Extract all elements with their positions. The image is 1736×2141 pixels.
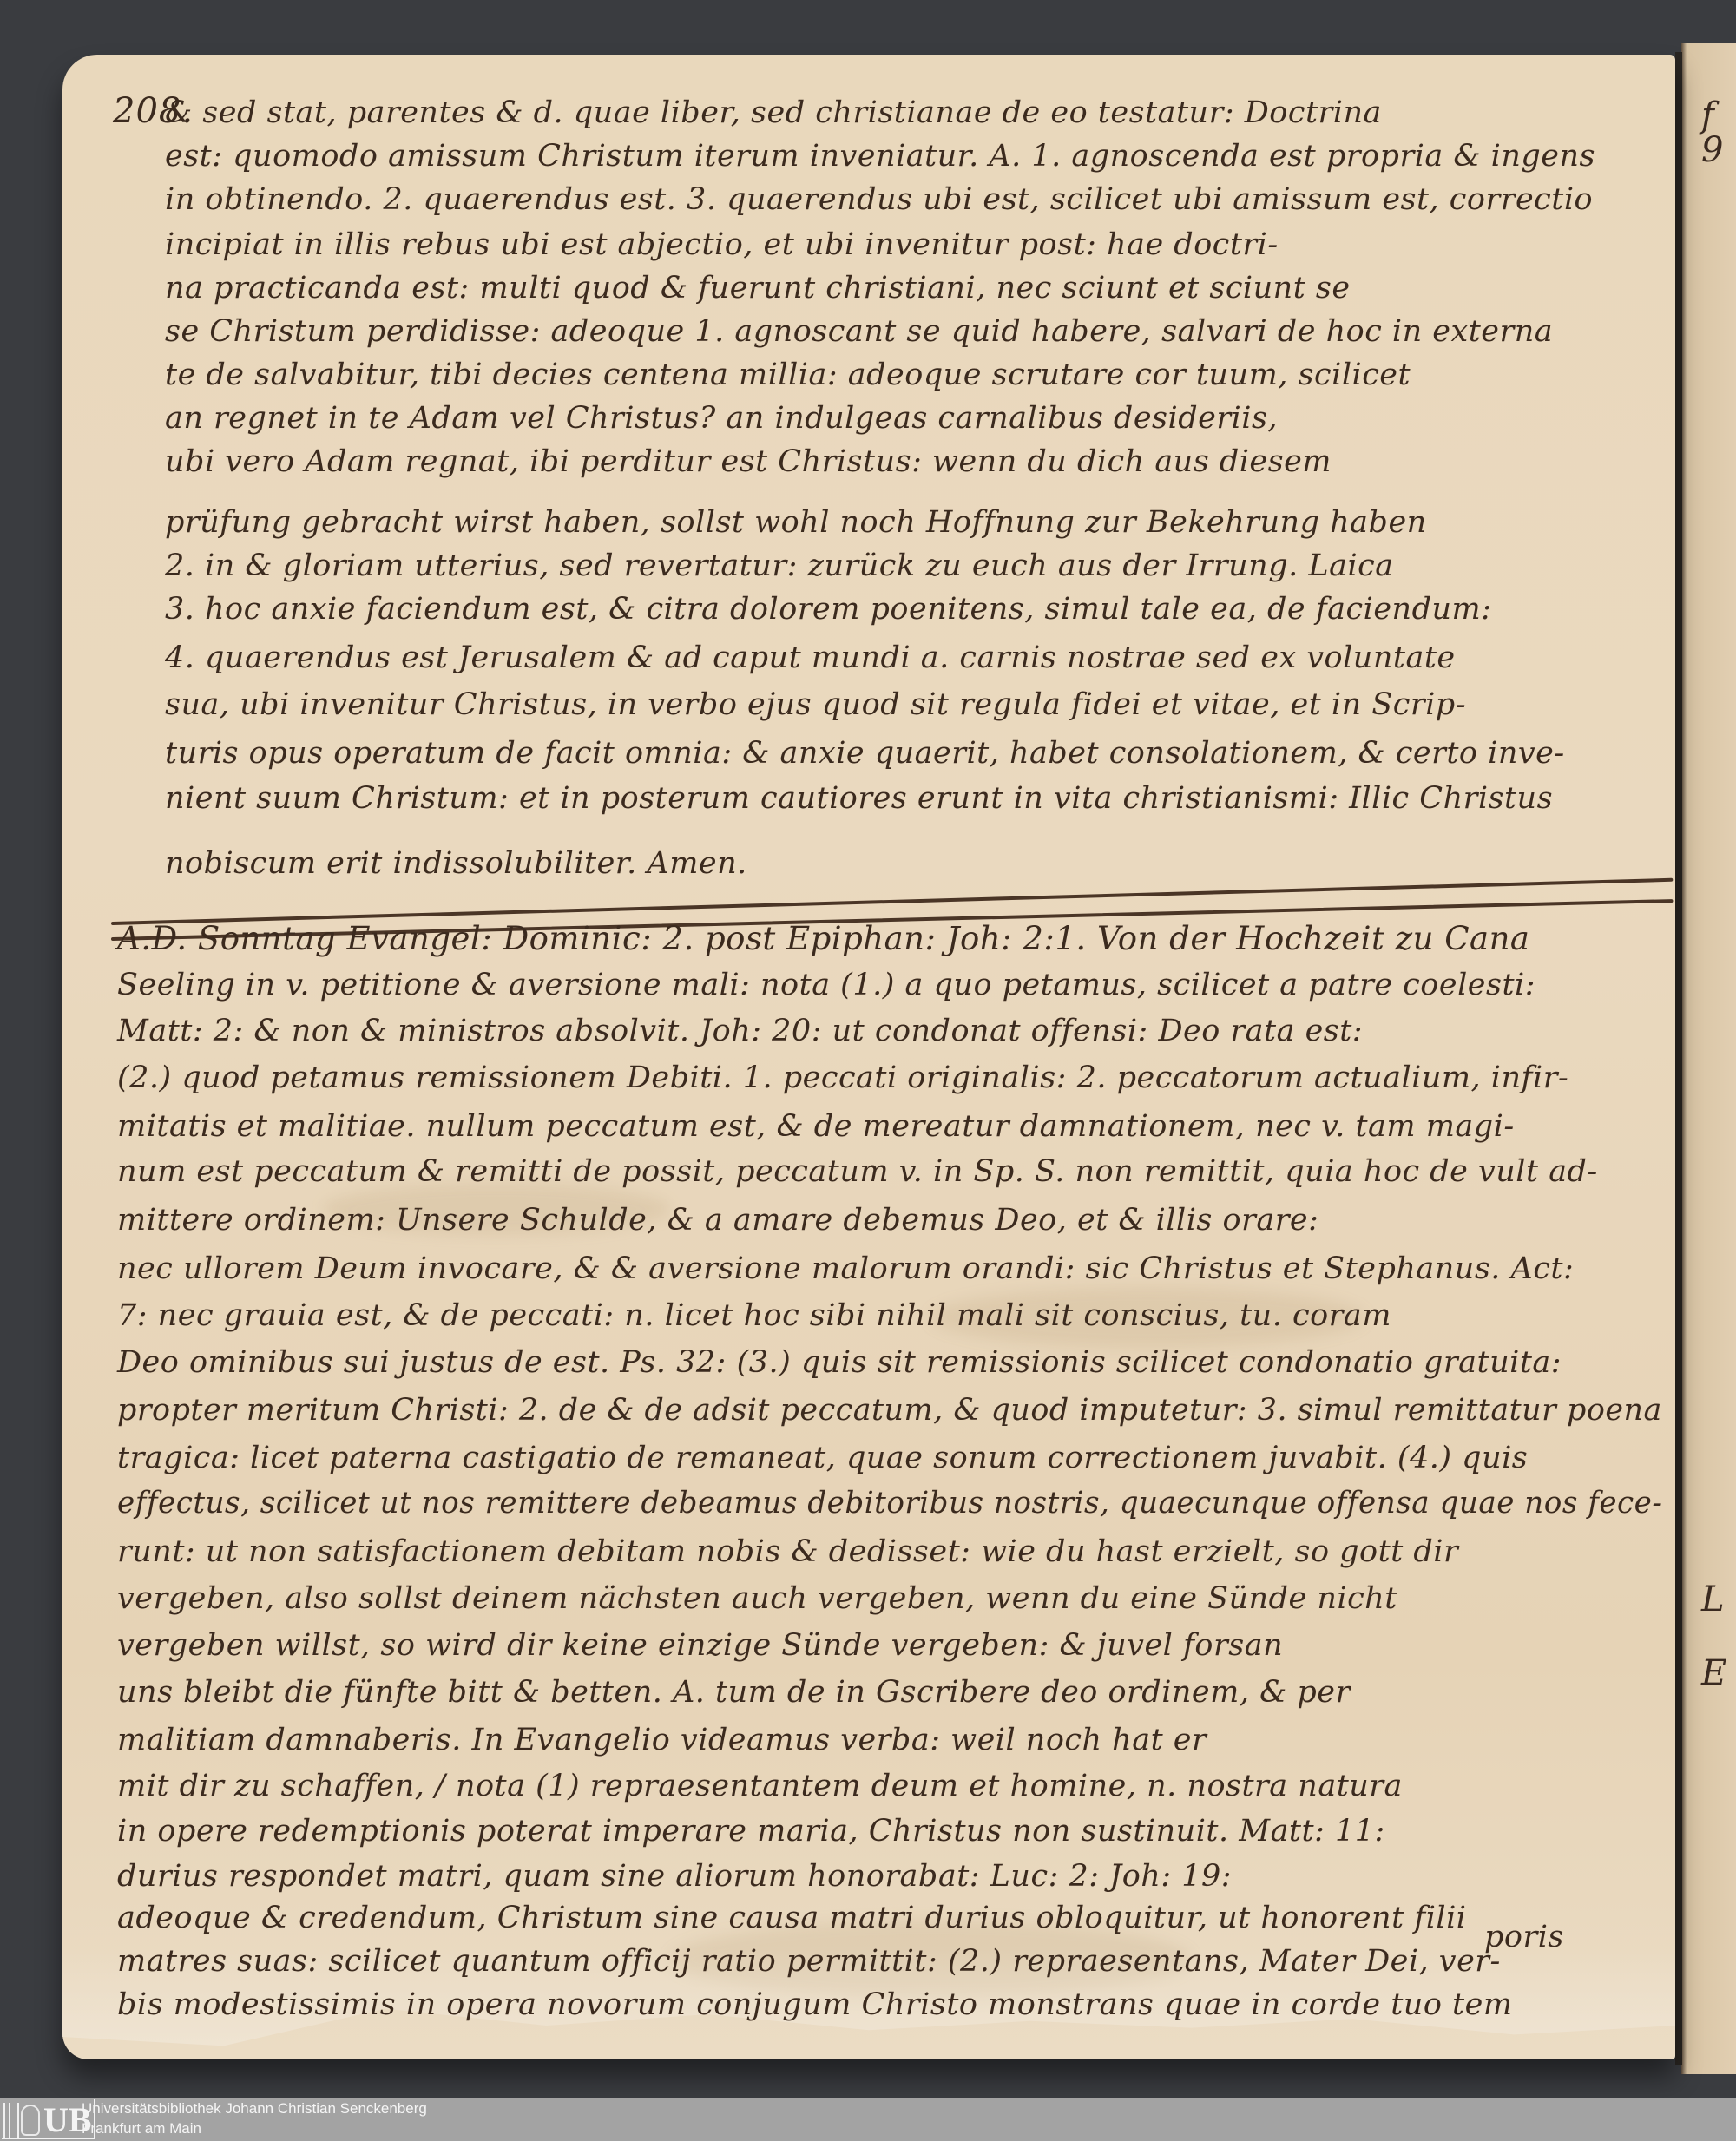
text-line: num est peccatum & remitti de possit, pe… <box>117 1154 1598 1189</box>
text-line: vergeben, also sollst deinem nächsten au… <box>117 1581 1397 1616</box>
text-line: effectus, scilicet ut nos remittere debe… <box>117 1486 1662 1520</box>
text-line: durius respondet matri, quam sine alioru… <box>117 1859 1232 1894</box>
text-line: 4. quaerendus est Jerusalem & ad caput m… <box>165 640 1456 675</box>
facing-page-glyph: L <box>1701 1579 1725 1619</box>
logo-portrait-icon <box>21 2105 40 2136</box>
text-line: bis modestissimis in opera novorum conju… <box>117 1987 1513 2022</box>
text-line: in opere redemptionis poterat imperare m… <box>117 1814 1385 1849</box>
text-line: turis opus operatum de facit omnia: & an… <box>165 736 1565 771</box>
text-line: an regnet in te Adam vel Christus? an in… <box>165 401 1278 436</box>
text-line: propter meritum Christi: 2. de & de adsi… <box>117 1393 1662 1428</box>
library-footer: UB Universitätsbibliothek Johann Christi… <box>0 2098 1736 2141</box>
text-line: & sed stat, parentes & d. quae liber, se… <box>165 95 1382 130</box>
text-line: vergeben willst, so wird dir keine einzi… <box>117 1628 1283 1663</box>
text-line: nec ullorem Deum invocare, & & aversione… <box>117 1251 1574 1286</box>
text-line: mitatis et malitiae. nullum peccatum est… <box>117 1109 1515 1144</box>
text-line: incipiat in illis rebus ubi est abjectio… <box>165 227 1279 262</box>
facing-page-glyph: 9 <box>1701 130 1723 170</box>
institution-name: Universitätsbibliothek Johann Christian … <box>82 2099 427 2118</box>
text-line: nient suum Christum: et in posterum caut… <box>165 781 1553 816</box>
section-heading: A.D. Sonntag Evangel: Dominic: 2. post E… <box>117 922 1529 956</box>
text-line: malitiam damnaberis. In Evangelio videam… <box>117 1723 1207 1757</box>
text-line: 3. hoc anxie faciendum est, & citra dolo… <box>165 592 1492 627</box>
text-line: sua, ubi invenitur Christus, in verbo ej… <box>165 687 1466 722</box>
text-line: se Christum perdidisse: adeoque 1. agnos… <box>165 314 1553 349</box>
text-line: Matt: 2: & non & ministros absolvit. Joh… <box>117 1014 1363 1048</box>
text-line: na practicanda est: multi quod & fuerunt… <box>165 271 1351 305</box>
text-line: 2. in & gloriam utterius, sed revertatur… <box>165 548 1394 583</box>
facing-page-edge <box>1681 43 1736 2074</box>
text-line: in obtinendo. 2. quaerendus est. 3. quae… <box>165 182 1593 217</box>
text-line: Seeling in v. petitione & aversione mali… <box>117 968 1535 1002</box>
page-gutter <box>1675 52 1682 2065</box>
text-line: 7: nec grauia est, & de peccati: n. lice… <box>117 1298 1391 1333</box>
text-line: mittere ordinem: Unsere Schulde, & a ama… <box>117 1203 1318 1238</box>
text-line: est: quomodo amissum Christum iterum inv… <box>165 139 1595 174</box>
text-line: (2.) quod petamus remissionem Debiti. 1.… <box>117 1061 1568 1095</box>
text-line: Deo ominibus sui justus de est. Ps. 32: … <box>117 1345 1562 1380</box>
facing-page-glyph: E <box>1701 1653 1726 1693</box>
text-line: uns bleibt die fünfte bitt & betten. A. … <box>117 1675 1351 1710</box>
text-line: ubi vero Adam regnat, ibi perditur est C… <box>165 444 1332 479</box>
manuscript-page <box>62 55 1675 2059</box>
text-line: mit dir zu schaffen, / nota (1) repraese… <box>117 1769 1403 1803</box>
logo-pages-icon <box>3 2103 19 2138</box>
text-line: nobiscum erit indissolubiliter. Amen. <box>165 846 747 881</box>
text-line: tragica: licet paterna castigatio de rem… <box>117 1441 1528 1475</box>
text-line: matres suas: scilicet quantum officij ra… <box>117 1944 1501 1979</box>
text-line: prüfung gebracht wirst haben, sollst woh… <box>165 505 1427 540</box>
text-line: runt: ut non satisfactionem debitam nobi… <box>117 1534 1458 1569</box>
institution-city: Frankfurt am Main <box>82 2119 201 2138</box>
catchword: poris <box>1484 1920 1564 1954</box>
text-line: adeoque & credendum, Christum sine causa… <box>117 1901 1467 1935</box>
text-line: te de salvabitur, tibi decies centena mi… <box>165 358 1410 392</box>
